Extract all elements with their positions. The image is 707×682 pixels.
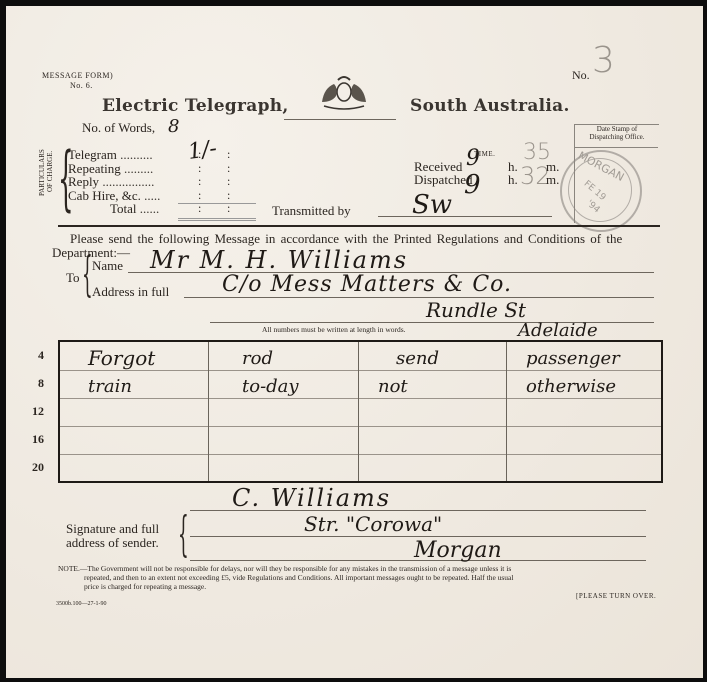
charge-row-total: Total ...... bbox=[68, 202, 160, 216]
date-stamp-box-divider bbox=[574, 147, 658, 148]
charges-subtotal-rule bbox=[178, 203, 256, 204]
address-line-1 bbox=[184, 297, 654, 298]
charge-row-cab-hire: Cab Hire, &c. ..... bbox=[68, 189, 160, 203]
title-electric-telegraph: Electric Telegraph, bbox=[102, 96, 289, 116]
form-label: MESSAGE FORM) bbox=[42, 71, 113, 80]
sender-address-line1: Str. "Corowa" bbox=[304, 512, 442, 536]
recipient-address-line3: Adelaide bbox=[518, 320, 598, 341]
sender-label: Signature and full address of sender. bbox=[66, 522, 159, 550]
received-hour: 9 bbox=[466, 146, 480, 171]
transmitted-by-label: Transmitted by bbox=[272, 203, 351, 219]
header-rule bbox=[284, 119, 396, 120]
row-number-20: 20 bbox=[32, 460, 44, 475]
message-word: Forgot bbox=[88, 346, 155, 370]
dispatched-hour: 9 bbox=[464, 170, 481, 200]
sender-brace: { bbox=[178, 510, 189, 558]
numbers-note: All numbers must be written at length in… bbox=[262, 325, 406, 334]
message-grid: Forgot rod send passenger train to-day n… bbox=[58, 340, 663, 483]
form-number-label: No. 6. bbox=[70, 81, 93, 90]
title-south-australia: South Australia. bbox=[410, 96, 570, 116]
row-number-4: 4 bbox=[38, 348, 44, 363]
form-serial-label: No. bbox=[572, 68, 590, 83]
form-serial-value: 3 bbox=[592, 40, 615, 81]
words-label: No. of Words, bbox=[82, 120, 155, 136]
message-word: not bbox=[378, 376, 408, 397]
charge-row-repeating: Repeating ......... bbox=[68, 162, 160, 176]
sender-address-line2: Morgan bbox=[414, 538, 502, 563]
please-turn-over: [PLEASE TURN OVER. bbox=[576, 592, 656, 600]
message-word: rod bbox=[242, 348, 273, 369]
sender-name: C. Williams bbox=[232, 484, 391, 512]
words-value: 8 bbox=[168, 116, 179, 137]
to-label: To bbox=[66, 270, 80, 286]
charge-telegram-value: 1/- bbox=[186, 136, 218, 165]
particulars-of-charge-label: PARTICULARS OF CHARGE. bbox=[38, 149, 54, 196]
message-word: send bbox=[396, 348, 439, 369]
recipient-name: Mr M. H. Williams bbox=[150, 246, 408, 274]
instructions-line1: Please send the following Message in acc… bbox=[70, 231, 622, 247]
message-word: otherwise bbox=[526, 376, 616, 397]
print-code: 3500b.100—27-1-90 bbox=[56, 601, 107, 607]
minute-labels: m.m. bbox=[546, 160, 559, 186]
charges-total-rule bbox=[178, 218, 256, 219]
hour-labels: h.h. bbox=[508, 160, 518, 186]
charges-colon-col2: ::::: bbox=[227, 148, 230, 216]
date-stamp-box-label: Date Stamp of Dispatching Office. bbox=[586, 125, 648, 141]
recipient-address-line2: Rundle St bbox=[426, 298, 526, 322]
message-word: train bbox=[88, 376, 132, 397]
charge-row-reply: Reply ................ bbox=[68, 175, 160, 189]
address-label: Address in full bbox=[92, 284, 169, 300]
postmark-stamp: MORGAN FE 19 '94 bbox=[560, 150, 642, 232]
charge-row-telegram: Telegram .......... bbox=[68, 148, 160, 162]
message-word: to-day bbox=[242, 376, 299, 397]
section-divider bbox=[58, 225, 660, 227]
charges-total-rule-2 bbox=[178, 220, 256, 221]
recipient-address-line1: C/o Mess Matters & Co. bbox=[222, 272, 512, 297]
footer-note: NOTE.—The Government will not be respons… bbox=[58, 564, 513, 591]
charges-labels: Telegram .......... Repeating ......... … bbox=[68, 148, 160, 216]
transmitted-by-line bbox=[378, 216, 552, 217]
name-label: Name bbox=[92, 258, 123, 274]
sender-line-2 bbox=[190, 536, 646, 537]
row-number-8: 8 bbox=[38, 376, 44, 391]
transmitted-by-value: Sw bbox=[412, 190, 452, 220]
coat-of-arms-icon bbox=[318, 74, 370, 110]
row-number-16: 16 bbox=[32, 432, 44, 447]
message-word: passenger bbox=[526, 348, 620, 369]
row-number-12: 12 bbox=[32, 404, 44, 419]
